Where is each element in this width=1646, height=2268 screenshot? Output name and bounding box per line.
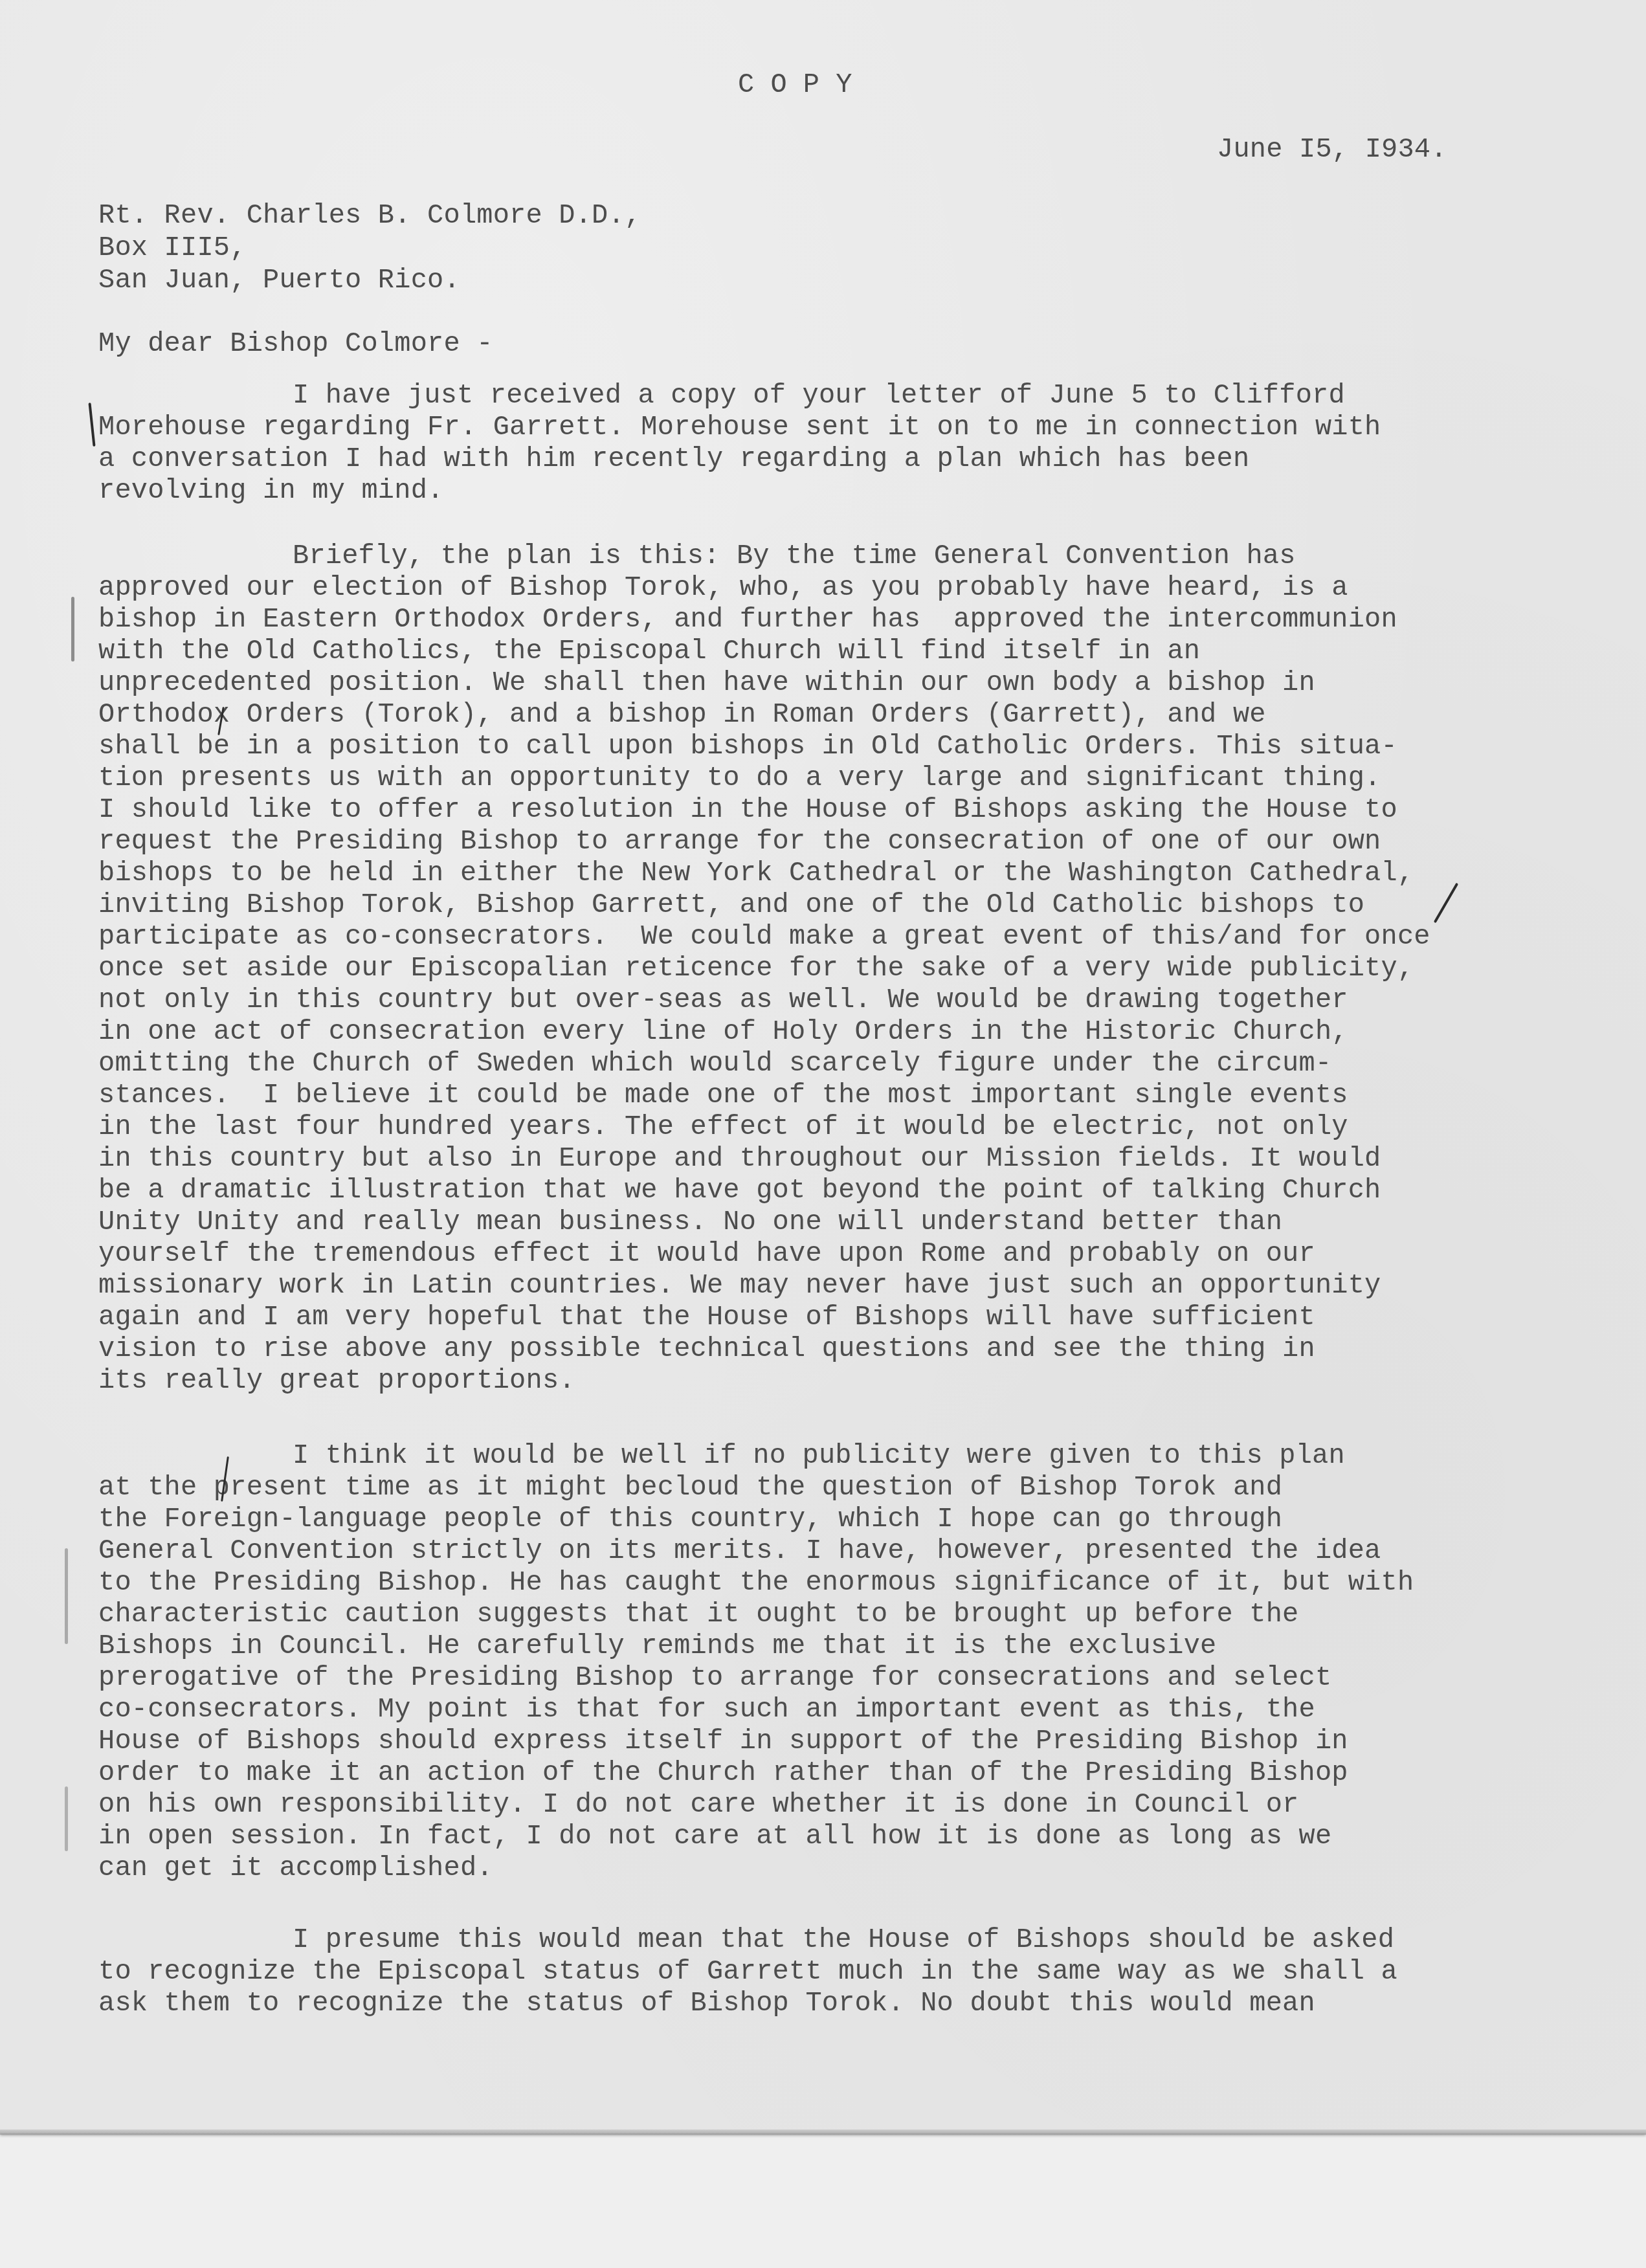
body-text-line: its really great proportions. xyxy=(98,1367,575,1394)
body-text-line: Morehouse regarding Fr. Garrett. Morehou… xyxy=(98,414,1381,441)
body-text-line: General Convention strictly on its merit… xyxy=(98,1537,1381,1564)
body-text-line: approved our election of Bishop Torok, w… xyxy=(98,574,1348,601)
body-text-line: Briefly, the plan is this: By the time G… xyxy=(293,542,1296,570)
body-text-line: not only in this country but over-seas a… xyxy=(98,986,1348,1014)
body-text-line: to recognize the Episcopal status of Gar… xyxy=(98,1958,1397,1985)
body-text-line: stances. I believe it could be made one … xyxy=(98,1082,1348,1109)
body-text-line: the Foreign-language people of this coun… xyxy=(98,1506,1282,1533)
body-text-line: shall be in a position to call upon bish… xyxy=(98,733,1397,760)
body-text-line: Unity Unity and really mean business. No… xyxy=(98,1208,1282,1236)
body-text-line: with the Old Catholics, the Episcopal Ch… xyxy=(98,638,1200,665)
body-text-line: I should like to offer a resolution in t… xyxy=(98,796,1397,823)
body-text-line: yourself the tremendous effect it would … xyxy=(98,1240,1315,1267)
body-text-line: on his own responsibility. I do not care… xyxy=(98,1791,1299,1818)
body-text-line: I have just received a copy of your lett… xyxy=(293,382,1345,409)
body-text-line: in this country but also in Europe and t… xyxy=(98,1145,1381,1172)
body-text-line: at the present time as it might becloud … xyxy=(98,1474,1282,1501)
body-text-line: be a dramatic illustration that we have … xyxy=(98,1177,1381,1204)
body-text-line: I think it would be well if no publicity… xyxy=(293,1442,1345,1469)
salutation: My dear Bishop Colmore - xyxy=(98,330,493,357)
address-line: Box III5, xyxy=(98,234,247,261)
body-text-line: order to make it an action of the Church… xyxy=(98,1759,1348,1786)
body-text-line: bishop in Eastern Orthodox Orders, and f… xyxy=(98,606,1397,633)
body-text-line: bishops to be held in either the New Yor… xyxy=(98,860,1414,887)
copy-heading: C O P Y xyxy=(738,71,852,98)
body-text-line: missionary work in Latin countries. We m… xyxy=(98,1272,1381,1299)
address-line: Rt. Rev. Charles B. Colmore D.D., xyxy=(98,202,641,229)
body-text-line: House of Bishops should express itself i… xyxy=(98,1728,1348,1755)
body-text-line: co-consecrators. My point is that for su… xyxy=(98,1696,1315,1723)
body-text-line: Orthodox Orders (Torok), and a bishop in… xyxy=(98,701,1266,728)
body-text-line: in one act of consecration every line of… xyxy=(98,1018,1348,1045)
body-text-line: inviting Bishop Torok, Bishop Garrett, a… xyxy=(98,891,1364,918)
body-text-line: can get it accomplished. xyxy=(98,1854,493,1882)
body-text-line: ask them to recognize the status of Bish… xyxy=(98,1990,1315,2017)
body-text-line: in open session. In fact, I do not care … xyxy=(98,1823,1331,1850)
body-text-line: request the Presiding Bishop to arrange … xyxy=(98,828,1381,855)
body-text-line: participate as co-consecrators. We could… xyxy=(98,923,1430,950)
body-text-line: revolving in my mind. xyxy=(98,477,444,504)
body-text-line: to the Presiding Bishop. He has caught t… xyxy=(98,1569,1414,1596)
body-text-line: unprecedented position. We shall then ha… xyxy=(98,669,1315,696)
pencil-margin-mark xyxy=(71,597,74,661)
body-text-line: vision to rise above any possible techni… xyxy=(98,1335,1315,1362)
body-text-line: a conversation I had with him recently r… xyxy=(98,445,1249,472)
body-text-line: Bishops in Council. He carefully reminds… xyxy=(98,1632,1216,1660)
paper-bottom-edge xyxy=(0,2129,1646,2135)
address-line: San Juan, Puerto Rico. xyxy=(98,267,460,294)
body-text-line: characteristic caution suggests that it … xyxy=(98,1601,1299,1628)
body-text-line: omitting the Church of Sweden which woul… xyxy=(98,1050,1331,1077)
body-text-line: tion presents us with an opportunity to … xyxy=(98,764,1381,792)
pencil-margin-mark xyxy=(65,1548,68,1644)
letter-date: June I5, I934. xyxy=(1217,136,1447,163)
body-text-line: once set aside our Episcopalian reticenc… xyxy=(98,955,1414,982)
body-text-line: again and I am very hopeful that the Hou… xyxy=(98,1304,1315,1331)
body-text-line: I presume this would mean that the House… xyxy=(293,1926,1394,1953)
body-text-line: in the last four hundred years. The effe… xyxy=(98,1113,1348,1140)
pencil-margin-mark xyxy=(65,1786,68,1851)
body-text-line: prerogative of the Presiding Bishop to a… xyxy=(98,1664,1331,1691)
